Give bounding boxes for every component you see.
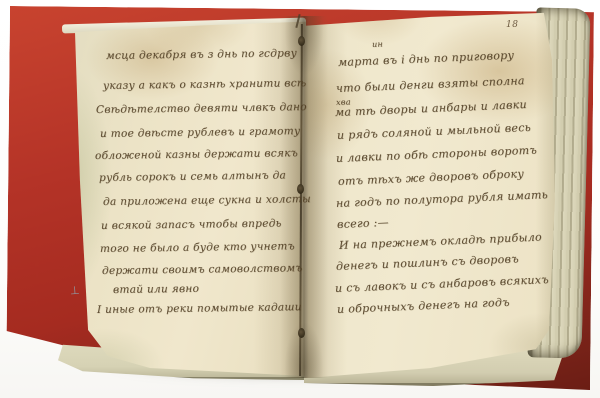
manuscript-line: отъ тѣхъ же дворовъ оброку (338, 167, 525, 188)
manuscript-line: ин (372, 40, 383, 49)
archival-mark: ⊥ (70, 284, 80, 298)
manuscript-photo: мсца декабря въ з днь по гсдрвууказу а к… (0, 0, 600, 398)
manuscript-line: и съ лавокъ и съ анбаровъ всякихъ (335, 273, 549, 295)
manuscript-line: и лавки по обѣ стороны воротъ (336, 144, 538, 165)
manuscript-line: и рядъ соляной и мыльной весь (337, 121, 531, 142)
manuscript-line: денегъ и пошлинъ съ дворовъ (336, 252, 519, 273)
manuscript-line: И на прежнемъ окладѣ прибыло (339, 231, 542, 252)
manuscript-line: всего :— (337, 216, 389, 231)
manuscript-line: на годъ по полутора рубля имать (336, 188, 548, 210)
folio-number: 18 (506, 20, 518, 30)
manuscript-text-right: инмарта въ і днь по приговоручто были де… (0, 0, 600, 398)
manuscript-line: что были денги взяты сполна (336, 74, 525, 95)
manuscript-line: ма тѣ дворы и анбары и лавки (335, 98, 527, 119)
manuscript-line: и оброчныхъ денегъ на годъ (337, 296, 510, 316)
manuscript-line: марта въ і днь по приговору (338, 49, 515, 69)
